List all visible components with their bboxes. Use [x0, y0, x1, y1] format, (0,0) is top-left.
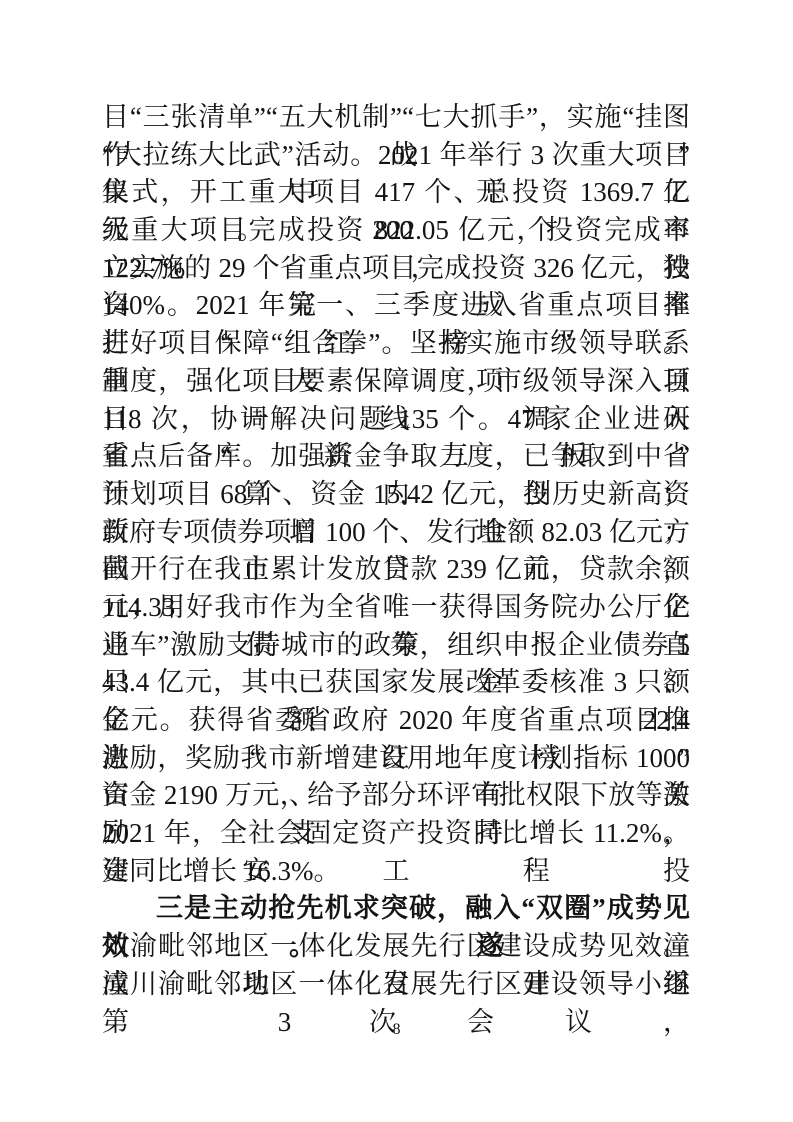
text-line: 激励，奖励我市新增建设用地年度计划指标 1000 亩、有关	[102, 740, 690, 778]
text-line: 目“三张清单”“五大机制”“七大抓手”，实施“挂图作战”	[102, 99, 690, 137]
text-line: 潼川渝毗邻地区一体化发展先行区建设领导小组第 3 次会议，	[102, 966, 690, 1004]
text-line: 通车”激励支持城市的政策，组织申报企业债券 5 只、金额	[102, 627, 690, 665]
text-line: 川渝毗邻地区一体化发展先行区建设成势见效。成功召开遂	[102, 928, 690, 966]
text-line: 计划项目 68 个、资金 15.42 亿元，创历史新高；新增地方	[102, 476, 690, 514]
text-line: “大拉练大比武”活动。2021 年举行 3 次重大项目集中开工	[102, 137, 690, 175]
text-block: 目“三张清单”“五大机制”“七大抓手”，实施“挂图作战”“大拉练大比武”活动。2…	[102, 99, 690, 1004]
text-line: 2021 年，全社会固定资产投资同比增长 11.2%，建安工程投	[102, 815, 690, 853]
text-line: 级重大项目完成投资 822.05 亿元，投资完成率 122.7%，独	[102, 212, 690, 250]
text-line: 元；用好我市作为全省唯一获得国务院办公厅企业债券“直	[102, 589, 690, 627]
text-line: 打好项目保障“组合拳”。坚持实施市级领导联系重大项目	[102, 325, 690, 363]
text-line: 仪式，开工重大项目 417 个、总投资 1369.7 亿元。200 个市	[102, 174, 690, 212]
text-line: 140%。2021 年第一、三季度进入省重点项目推进“红榜”。	[102, 287, 690, 325]
text-line: 国开行在我市累计发放贷款 239 亿元，贷款余额 114.33 亿	[102, 551, 690, 589]
page-number: 8	[0, 1020, 793, 1040]
text-line: 43.4 亿元，其中已获国家发展改革委核准 3 只、金额 22.4	[102, 664, 690, 702]
text-run: 资同比增长 16.3%。	[102, 856, 341, 886]
text-line: 制度，强化项目要素保障调度，市级领导深入项目一线调研	[102, 363, 690, 401]
text-line: 资金 2190 万元，给予部分环评审批权限下放等激励支持。	[102, 777, 690, 815]
document-page: 目“三张清单”“五大机制”“七大抓手”，实施“挂图作战”“大拉练大比武”活动。2…	[0, 0, 793, 1122]
text-line: 三是主动抢先机求突破，融入“双圈”成势见效。遂潼	[102, 890, 690, 928]
text-line: 立实施的 29 个省重点项目完成投资 326 亿元，投资完成率	[102, 250, 690, 288]
text-line: 政府专项债券项目 100 个、发行金额 82.03 亿元；截止目前，	[102, 514, 690, 552]
text-line: 重点后备库。加强资金争取力度，已争取到中省预算内投资	[102, 438, 690, 476]
text-line: 118 次，协调解决问题 135 个。47 家企业进入省“新三板”	[102, 401, 690, 439]
text-line: 亿元。获得省委省政府 2020 年度省重点项目推进“红榜”	[102, 702, 690, 740]
